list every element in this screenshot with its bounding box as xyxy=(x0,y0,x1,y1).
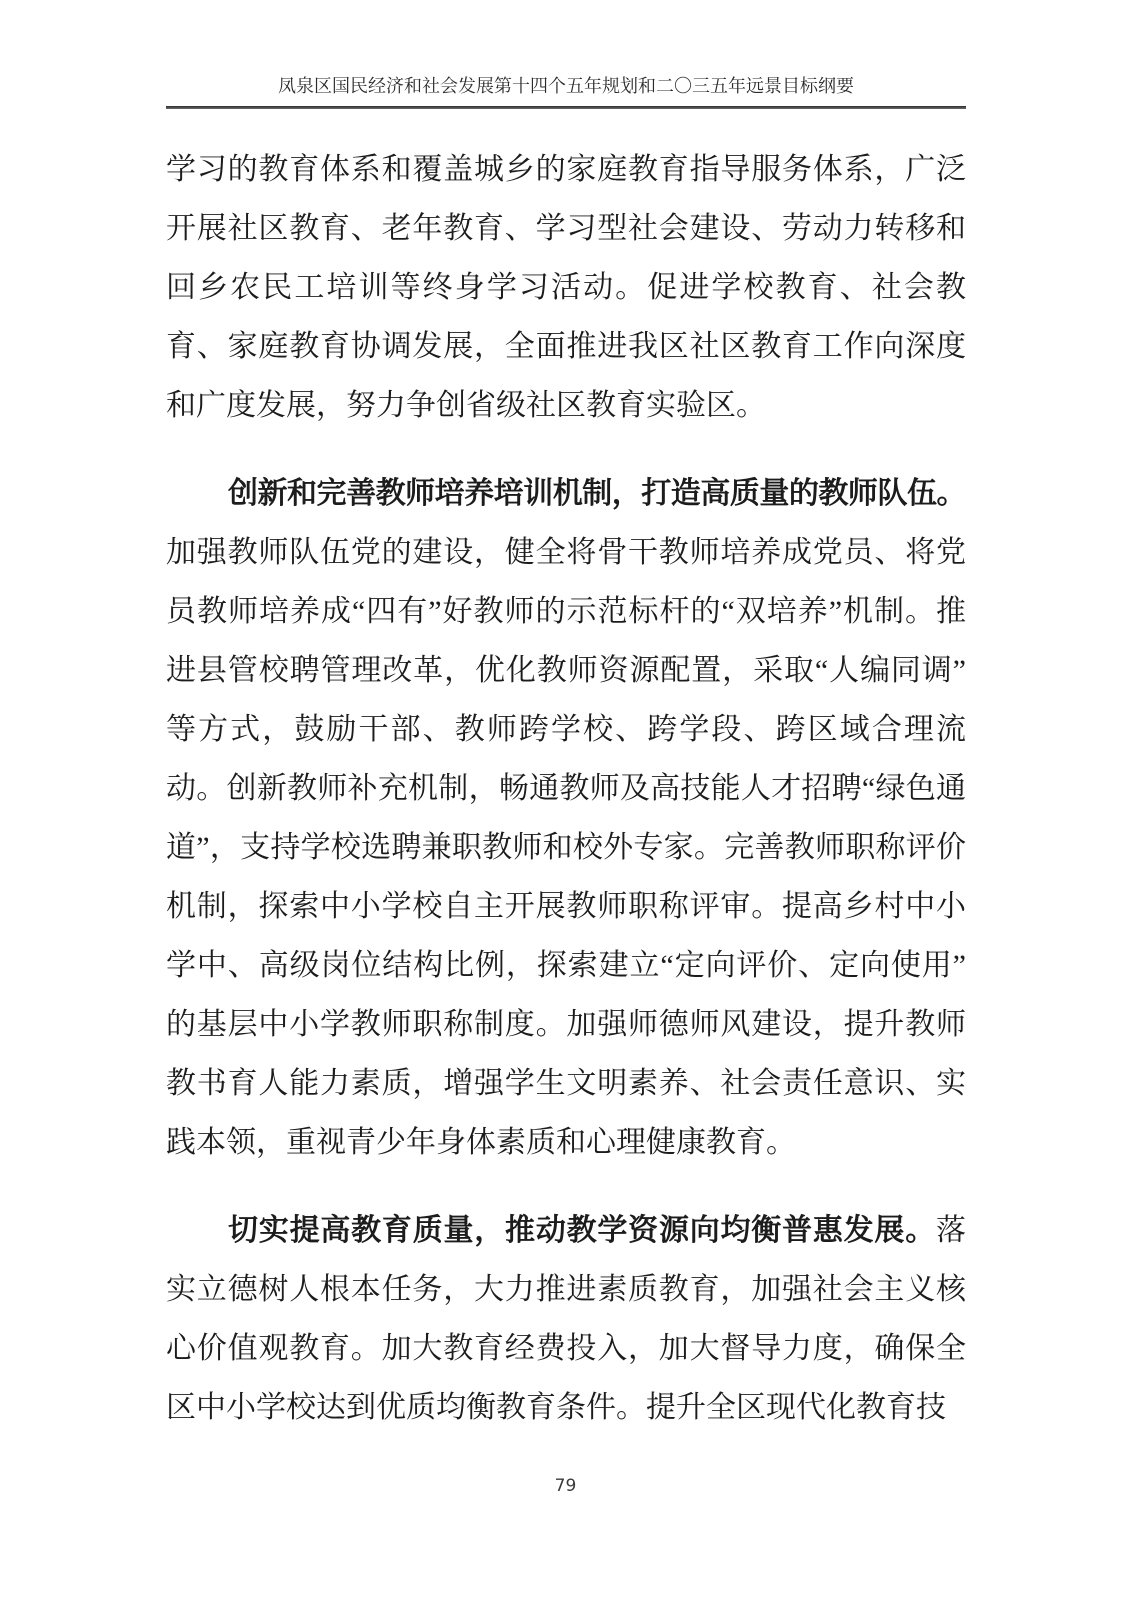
page-header: 凤泉区国民经济和社会发展第十四个五年规划和二〇三五年远景目标纲要 xyxy=(166,0,966,109)
paragraph: 学习的教育体系和覆盖城乡的家庭教育指导服务体系，广泛开展社区教育、老年教育、学习… xyxy=(166,140,966,435)
document-page: 凤泉区国民经济和社会发展第十四个五年规划和二〇三五年远景目标纲要 学习的教育体系… xyxy=(0,0,1131,1600)
paragraph-text: 学习的教育体系和覆盖城乡的家庭教育指导服务体系，广泛开展社区教育、老年教育、学习… xyxy=(166,153,966,422)
paragraph-lead: 创新和完善教师培养培训机制，打造高质量的教师队伍。 xyxy=(228,477,966,510)
document-body: 学习的教育体系和覆盖城乡的家庭教育指导服务体系，广泛开展社区教育、老年教育、学习… xyxy=(166,140,966,1437)
paragraph: 创新和完善教师培养培训机制，打造高质量的教师队伍。加强教师队伍党的建设，健全将骨… xyxy=(166,464,966,1172)
page-number: 79 xyxy=(0,1476,1131,1496)
paragraph-text: 加强教师队伍党的建设，健全将骨干教师培养成党员、将党员教师培养成“四有”好教师的… xyxy=(166,536,966,1159)
paragraph: 切实提高教育质量，推动教学资源向均衡普惠发展。落实立德树人根本任务，大力推进素质… xyxy=(166,1201,966,1437)
paragraph-lead: 切实提高教育质量，推动教学资源向均衡普惠发展。 xyxy=(228,1214,936,1247)
header-title: 凤泉区国民经济和社会发展第十四个五年规划和二〇三五年远景目标纲要 xyxy=(166,0,966,98)
header-rule xyxy=(166,106,966,109)
